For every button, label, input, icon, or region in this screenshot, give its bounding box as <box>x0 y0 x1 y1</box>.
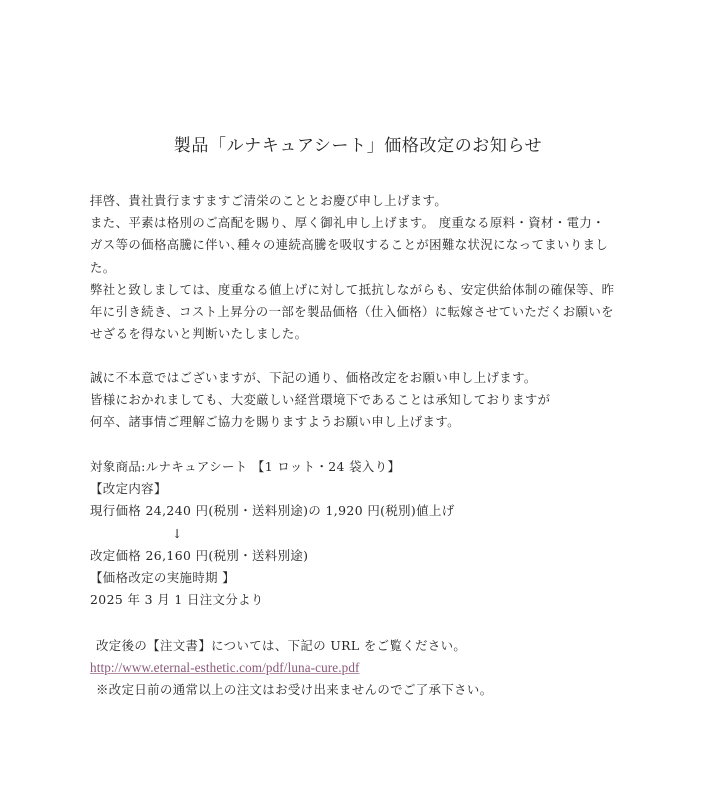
request-paragraph: 誠に不本意ではございますが、下記の通り、価格改定をお願い申し上げます。 皆様にお… <box>90 367 630 434</box>
greeting-line: ガス等の価格高騰に伴い､種々の連続高騰を吸収することが困難な状況になってまいりま… <box>90 234 630 256</box>
greeting-line: 拝啓、貴社貴行ますますご清栄のこととお慶び申し上げます。 <box>90 190 630 212</box>
order-note: ※改定日前の通常以上の注文はお受け出来ませんのでご了承下さい。 <box>90 679 630 701</box>
order-form-url-link[interactable]: http://www.eternal-esthetic.com/pdf/luna… <box>90 660 360 675</box>
target-product: 対象商品:ルナキュアシート 【1 ロット・24 袋入り】 <box>90 456 630 478</box>
page-title: 製品「ルナキュアシート」価格改定のお知らせ <box>0 131 716 156</box>
current-price: 現行価格 24,240 円(税別・送料別途)の 1,920 円(税別)値上げ <box>90 500 630 522</box>
greeting-line: た。 <box>90 257 630 279</box>
effective-date: 2025 年 3 月 1 日注文分より <box>90 589 630 611</box>
greeting-line: 弊社と致しましては、度重なる値上げに対して抵抗しながらも、安定供給体制の確保等、… <box>90 279 630 301</box>
down-arrow-icon: ↓ <box>90 523 630 545</box>
order-form-link-line: http://www.eternal-esthetic.com/pdf/luna… <box>90 657 630 679</box>
order-form-section: 改定後の【注文書】については、下記の URL をご覧ください。 http://w… <box>90 635 630 702</box>
request-line: 皆様におかれましても、大変厳しい経営環境下であることは承知しておりますが <box>90 389 630 411</box>
revision-content-header: 【改定内容】 <box>90 478 630 500</box>
order-form-intro: 改定後の【注文書】については、下記の URL をご覧ください。 <box>90 635 630 657</box>
revision-details: 対象商品:ルナキュアシート 【1 ロット・24 袋入り】 【改定内容】 現行価格… <box>90 456 630 611</box>
new-price: 改定価格 26,160 円(税別・送料別途) <box>90 545 630 567</box>
effective-period-header: 【価格改定の実施時期 】 <box>90 567 630 589</box>
request-line: 誠に不本意ではございますが、下記の通り、価格改定をお願い申し上げます。 <box>90 367 630 389</box>
greeting-line: 年に引き続き、コスト上昇分の一部を製品価格（仕入価格）に転嫁させていただくお願い… <box>90 301 630 323</box>
greeting-paragraph: 拝啓、貴社貴行ますますご清栄のこととお慶び申し上げます。 また、平素は格別のご高… <box>90 190 630 345</box>
greeting-line: また、平素は格別のご高配を賜り、厚く御礼申し上げます。 度重なる原料・資材・電力… <box>90 212 630 234</box>
request-line: 何卒、諸事情ご理解ご協力を賜りますようお願い申し上げます。 <box>90 411 630 433</box>
greeting-line: せざるを得ないと判断いたしました。 <box>90 323 630 345</box>
